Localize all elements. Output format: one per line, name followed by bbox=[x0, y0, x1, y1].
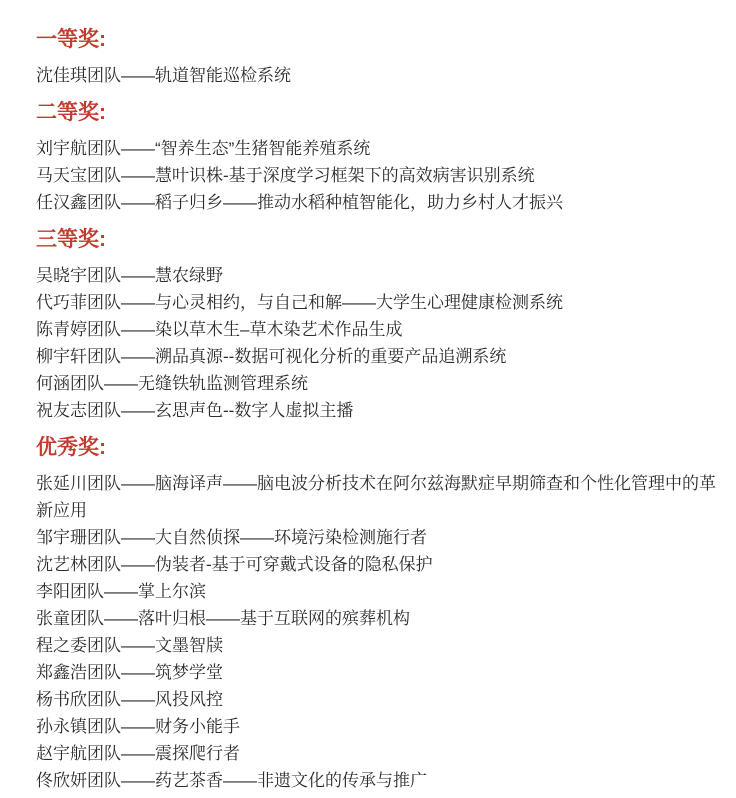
award-entry: 陈青婷团队——染以草木生–草木染艺术作品生成 bbox=[36, 316, 720, 343]
award-entry: 沈艺林团队——伪装者-基于可穿戴式设备的隐私保护 bbox=[36, 551, 720, 578]
award-entry: 佟欣妍团队——药艺茶香——非遗文化的传承与推广 bbox=[36, 767, 720, 794]
award-entry: 任汉鑫团队——稻子归乡——推动水稻种植智能化，助力乡村人才振兴 bbox=[36, 189, 720, 216]
award-entry: 孙永镇团队——财务小能手 bbox=[36, 713, 720, 740]
award-entry: 何涵团队——无缝铁轨监测管理系统 bbox=[36, 370, 720, 397]
section-title-second-prize: 二等奖: bbox=[36, 99, 720, 127]
section-title-third-prize: 三等奖: bbox=[36, 226, 720, 254]
award-entry: 程之委团队——文墨智牍 bbox=[36, 632, 720, 659]
award-entry: 刘宇航团队——“智养生态”生猪智能养殖系统 bbox=[36, 135, 720, 162]
section-title-first-prize: 一等奖: bbox=[36, 26, 720, 54]
award-entry: 郑鑫浩团队——筑梦学堂 bbox=[36, 659, 720, 686]
award-entry: 杨书欣团队——风投风控 bbox=[36, 686, 720, 713]
award-entry: 赵宇航团队——震探爬行者 bbox=[36, 740, 720, 767]
award-entry: 沈佳琪团队——轨道智能巡检系统 bbox=[36, 62, 720, 89]
award-entry: 代巧菲团队——与心灵相约，与自己和解——大学生心理健康检测系统 bbox=[36, 289, 720, 316]
section-second-prize: 二等奖: 刘宇航团队——“智养生态”生猪智能养殖系统 马天宝团队——慧叶识株-基… bbox=[36, 99, 720, 216]
award-entry: 吴晓宇团队——慧农绿野 bbox=[36, 262, 720, 289]
award-list-document: 一等奖: 沈佳琪团队——轨道智能巡检系统 二等奖: 刘宇航团队——“智养生态”生… bbox=[0, 0, 736, 798]
section-title-excellence-prize: 优秀奖: bbox=[36, 434, 720, 462]
award-entry: 柳宇轩团队——溯品真源--数据可视化分析的重要产品追溯系统 bbox=[36, 343, 720, 370]
section-first-prize: 一等奖: 沈佳琪团队——轨道智能巡检系统 bbox=[36, 26, 720, 89]
award-entry: 祝友志团队——玄思声色--数字人虚拟主播 bbox=[36, 397, 720, 424]
section-third-prize: 三等奖: 吴晓宇团队——慧农绿野 代巧菲团队——与心灵相约，与自己和解——大学生… bbox=[36, 226, 720, 424]
award-entry: 马天宝团队——慧叶识株-基于深度学习框架下的高效病害识别系统 bbox=[36, 162, 720, 189]
award-entry: 李阳团队——掌上尔滨 bbox=[36, 578, 720, 605]
award-entry: 邹宇珊团队——大自然侦探——环境污染检测施行者 bbox=[36, 524, 720, 551]
section-excellence-prize: 优秀奖: 张延川团队——脑海译声——脑电波分析技术在阿尔兹海默症早期筛查和个性化… bbox=[36, 434, 720, 794]
award-entry: 张童团队——落叶归根——基于互联网的殡葬机构 bbox=[36, 605, 720, 632]
award-entry: 张延川团队——脑海译声——脑电波分析技术在阿尔兹海默症早期筛查和个性化管理中的革… bbox=[36, 470, 720, 524]
